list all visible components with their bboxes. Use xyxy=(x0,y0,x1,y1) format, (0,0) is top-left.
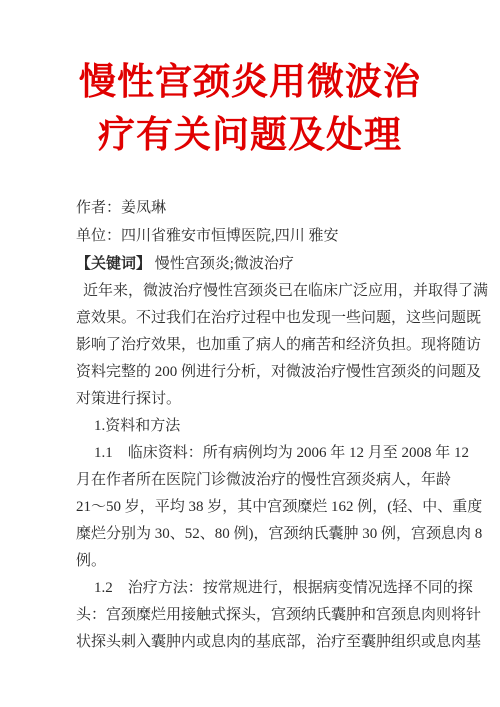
keywords-label: 【关键词】 xyxy=(76,256,151,272)
body-line: 1.2 治疗方法：按常规进行，根据病变情况选择不同的探 xyxy=(76,575,470,602)
article-title-line-1: 慢性宫颈炎用微波治 xyxy=(0,56,500,109)
body-line: 糜烂分别为 30、52、80 例)，宫颈纳氏囊肿 30 例，宫颈息肉 8 xyxy=(76,521,470,548)
body-line: 月在作者所在医院门诊微波治疗的慢性宫颈炎病人，年龄 xyxy=(76,467,470,494)
body-line: 对策进行探讨。 xyxy=(76,386,470,413)
author-line: 作者：姜凤琳 xyxy=(76,194,470,222)
body-line: 近年来，微波治疗慢性宫颈炎已在临床广泛应用，并取得了满 xyxy=(76,278,470,305)
body-line: 头：宫颈糜烂用接触式探头，宫颈纳氏囊肿和宫颈息肉则将针 xyxy=(76,602,470,629)
article-title-line-2: 疗有关问题及处理 xyxy=(0,109,500,162)
body-line: 影响了治疗效果，也加重了病人的痛苦和经济负担。现将随访 xyxy=(76,332,470,359)
body-line: 1.1 临床资料：所有病例均为 2006 年 12 月至 2008 年 12 xyxy=(76,440,470,467)
keywords-text: 慢性宫颈炎;微波治疗 xyxy=(155,256,294,272)
article-body: 近年来，微波治疗慢性宫颈炎已在临床广泛应用，并取得了满意效果。不过我们在治疗过程… xyxy=(0,278,500,656)
document-page: 慢性宫颈炎用微波治 疗有关问题及处理 作者：姜凤琳 单位：四川省雅安市恒博医院,… xyxy=(0,0,500,707)
body-line: 状探头刺入囊肿内或息肉的基底部，治疗至囊肿组织或息肉基 xyxy=(76,629,470,656)
body-line: 意效果。不过我们在治疗过程中也发现一些问题，这些问题既 xyxy=(76,305,470,332)
keywords-line: 【关键词】 慢性宫颈炎;微波治疗 xyxy=(76,250,470,278)
unit-line: 单位：四川省雅安市恒博医院,四川 雅安 xyxy=(76,222,470,250)
body-line: 资料完整的 200 例进行分析，对微波治疗慢性宫颈炎的问题及 xyxy=(76,359,470,386)
body-line: 21～50 岁，平均 38 岁，其中宫颈糜烂 162 例，(轻、中、重度 xyxy=(76,494,470,521)
article-meta: 作者：姜凤琳 单位：四川省雅安市恒博医院,四川 雅安 【关键词】 慢性宫颈炎;微… xyxy=(0,194,500,278)
body-line: 例。 xyxy=(76,548,470,575)
article-title: 慢性宫颈炎用微波治 疗有关问题及处理 xyxy=(0,56,500,162)
body-line: 1.资料和方法 xyxy=(76,413,470,440)
